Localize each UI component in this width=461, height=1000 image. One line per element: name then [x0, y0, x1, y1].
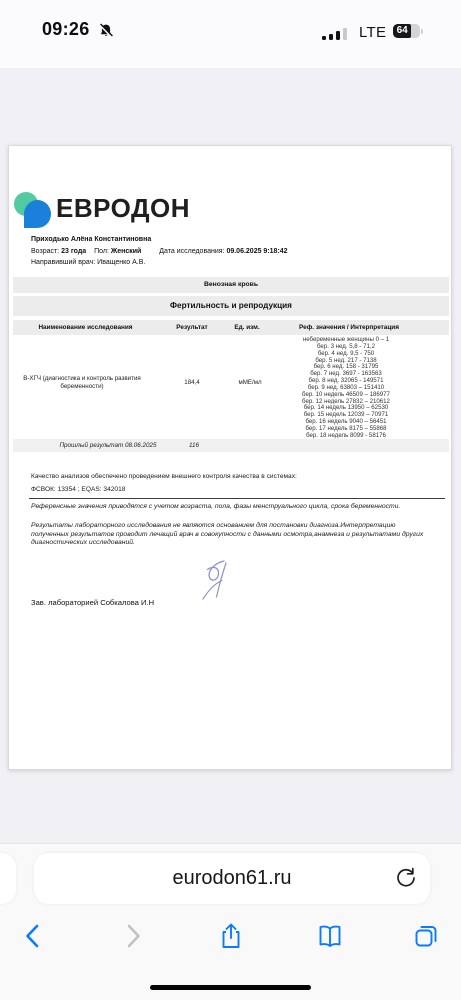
bookmarks-book-icon[interactable]: [316, 922, 344, 950]
url-text[interactable]: eurodon61.ru: [34, 853, 430, 904]
adjacent-tab-fragment[interactable]: [0, 853, 16, 904]
disclaimer-reference-values: Референсные значения приводятся с учетом…: [31, 503, 431, 512]
lab-head-signature-line: Зав. лабораторией Собкалова И.Н: [31, 598, 154, 607]
age-value: 23 года: [61, 248, 86, 255]
section-fertility: Фертильность и репродукция: [13, 296, 449, 316]
battery-icon: 64: [393, 24, 420, 38]
previous-result-label: Прошлый результат 08.06.2025: [43, 442, 173, 449]
referring-doctor-line: Направивший врач: Иващенко А.В.: [31, 258, 145, 267]
bell-slash-icon: [98, 23, 114, 44]
tabs-icon[interactable]: [412, 922, 440, 950]
back-button[interactable]: [19, 922, 47, 950]
patient-demographics-line: Возраст: 23 года Пол: Женский Дата иссле…: [31, 247, 288, 256]
quality-control-line2: ФСВОК: 13354 ; EQAS: 342018: [31, 486, 441, 494]
share-icon[interactable]: [217, 922, 245, 950]
study-date-label: Дата исследования:: [159, 248, 224, 255]
age-label: Возраст:: [31, 248, 59, 255]
previous-result-row: Прошлый результат 08.06.2025 116: [13, 439, 449, 452]
sex-label: Пол:: [94, 248, 109, 255]
table-header-row: Наименование исследования Результат Ед. …: [13, 320, 449, 335]
forward-button[interactable]: [119, 922, 147, 950]
divider-line: [29, 498, 445, 499]
signature-handwriting: [194, 558, 236, 609]
doctor-label: Направивший врач:: [31, 259, 95, 266]
reference-values-list: небеременные женщины 0 – 1бер. 3 нед. 5,…: [246, 337, 446, 440]
cellular-signal-icon: [322, 28, 352, 40]
battery-cap: [421, 29, 423, 34]
col-header-reference: Реф. значения / Интерпретация: [249, 320, 449, 335]
logo-blue-drop-icon: [24, 200, 51, 228]
test-name-cell: В-ХГЧ (диагностика и контроль развития б…: [11, 375, 153, 390]
network-type-label: LTE: [359, 24, 386, 41]
result-value-cell: 184,4: [159, 379, 225, 386]
status-bar: 09:26 LTE 64: [0, 0, 461, 68]
webview-scroll-area[interactable]: ЕВРОДОН Приходько Алёна Константиновна В…: [0, 68, 461, 843]
home-indicator[interactable]: [150, 985, 311, 990]
battery-percent: 64: [393, 24, 411, 38]
safari-bottom-bar: eurodon61.ru: [0, 843, 461, 1000]
col-header-result: Результат: [159, 320, 225, 335]
clock: 09:26: [42, 19, 90, 40]
section-venous-blood: Венозная кровь: [13, 277, 449, 293]
doctor-value: Иващенко А.В.: [97, 259, 145, 266]
quality-control-line1: Качество анализов обеспечено проведением…: [31, 473, 441, 481]
col-header-test-name: Наименование исследования: [13, 320, 158, 335]
reload-icon[interactable]: [395, 867, 417, 894]
sex-value: Женский: [111, 248, 141, 255]
study-date-value: 09.06.2025 9:18:42: [226, 248, 287, 255]
iphone-screen: 09:26 LTE 64 ЕВРОДОН Приходько Алё: [0, 0, 461, 1000]
lab-logo-wordmark: ЕВРОДОН: [56, 193, 190, 224]
previous-result-value: 116: [163, 442, 225, 449]
address-bar[interactable]: eurodon61.ru: [34, 853, 430, 904]
disclaimer-interpretation: Результаты лабораторного исследования не…: [31, 522, 431, 548]
lab-report-page: ЕВРОДОН Приходько Алёна Константиновна В…: [8, 145, 452, 770]
patient-name: Приходько Алёна Константиновна: [31, 235, 151, 244]
